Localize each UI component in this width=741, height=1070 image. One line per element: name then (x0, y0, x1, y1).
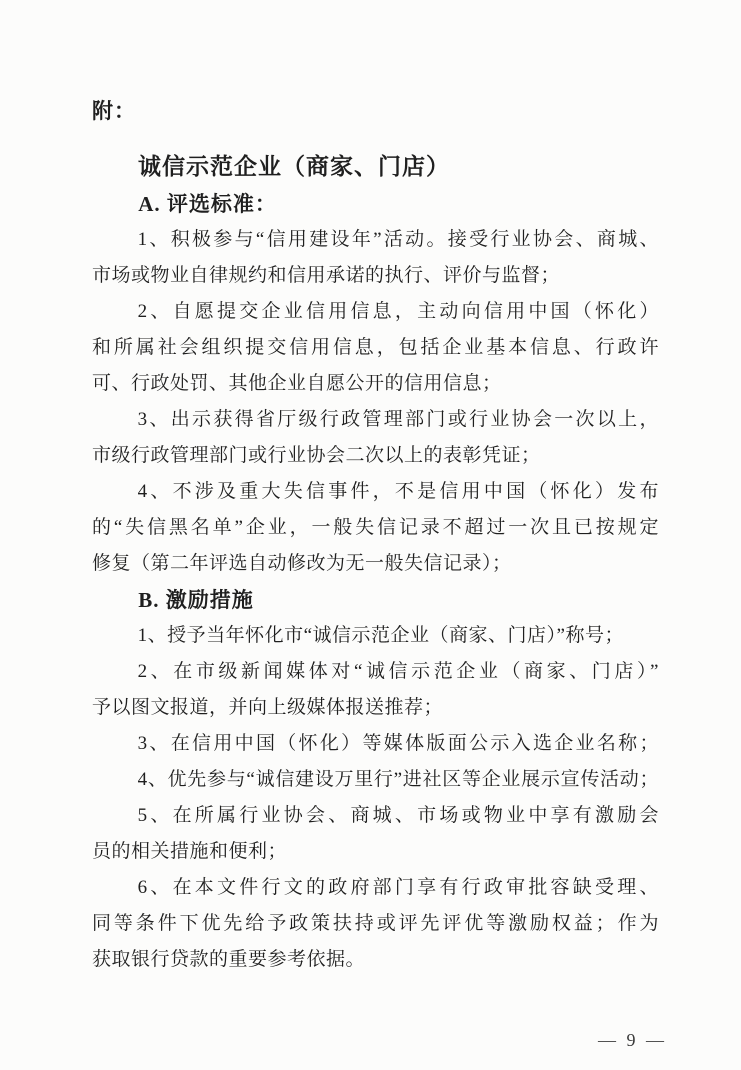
text-line: 3、在信用中国（怀化）等媒体版面公示入选企业名称； (92, 726, 659, 762)
text-line: 2、自愿提交企业信用信息，主动向信用中国（怀化） (92, 294, 659, 330)
text-line: 修复（第二年评选自动修改为无一般失信记录）； (92, 546, 659, 582)
text-line: 获取银行贷款的重要参考依据。 (92, 942, 659, 978)
section-b: B. 激励措施 1、授予当年怀化市“诚信示范企业（商家、门店）”称号； 2、在市… (92, 582, 659, 978)
text-line: 同等条件下优先给予政策扶持或评先评优等激励权益；作为 (92, 906, 659, 942)
text-line: 可、行政处罚、其他企业自愿公开的信用信息； (92, 366, 659, 402)
document-body: 附： 诚信示范企业（商家、门店） A. 评选标准： 1、积极参与“信用建设年”活… (92, 96, 659, 978)
text-line: 1、授予当年怀化市“诚信示范企业（商家、门店）”称号； (92, 618, 659, 654)
text-line: 4、不涉及重大失信事件，不是信用中国（怀化）发布 (92, 474, 659, 510)
section-b-heading: B. 激励措施 (92, 582, 659, 618)
section-a-heading: A. 评选标准： (92, 186, 659, 222)
text-line: 5、在所属行业协会、商城、市场或物业中享有激励会 (92, 798, 659, 834)
section-a: A. 评选标准： 1、积极参与“信用建设年”活动。接受行业协会、商城、 市场或物… (92, 186, 659, 582)
text-line: 3、出示获得省厅级行政管理部门或行业协会一次以上， (92, 402, 659, 438)
attachment-label: 附： (92, 96, 659, 126)
text-line: 和所属社会组织提交信用信息，包括企业基本信息、行政许 (92, 330, 659, 366)
text-line: 市级行政管理部门或行业协会二次以上的表彰凭证； (92, 438, 659, 474)
page-number: — 9 — (598, 1026, 667, 1054)
document-page: 附： 诚信示范企业（商家、门店） A. 评选标准： 1、积极参与“信用建设年”活… (0, 0, 741, 1070)
text-line: 的“失信黑名单”企业，一般失信记录不超过一次且已按规定 (92, 510, 659, 546)
text-line: 4、优先参与“诚信建设万里行”进社区等企业展示宣传活动； (92, 762, 659, 798)
text-line: 员的相关措施和便利； (92, 834, 659, 870)
text-line: 2、在市级新闻媒体对“诚信示范企业（商家、门店）” (92, 654, 659, 690)
text-line: 市场或物业自律规约和信用承诺的执行、评价与监督； (92, 258, 659, 294)
document-title: 诚信示范企业（商家、门店） (92, 146, 659, 186)
text-line: 予以图文报道，并向上级媒体报送推荐； (92, 690, 659, 726)
text-line: 6、在本文件行文的政府部门享有行政审批容缺受理、 (92, 870, 659, 906)
text-line: 1、积极参与“信用建设年”活动。接受行业协会、商城、 (92, 222, 659, 258)
